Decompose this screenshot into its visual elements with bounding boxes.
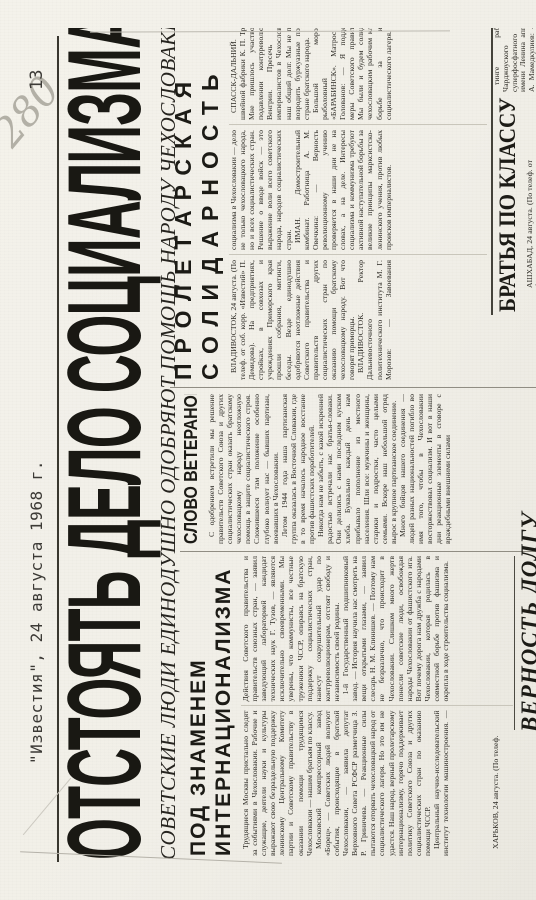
paragraph: Никогда нам не забыть, с какой искренней…: [316, 394, 398, 544]
paragraph: ИМАН. Домостроительный комбинат. Работни…: [293, 130, 393, 250]
article-ashkhabad-continuation: тинге работников Чарджоуского суперфосфа…: [493, 28, 536, 92]
section-solidarity: ПРОЛЕТАРСКАЯ СОЛИДАРНОСТЬ ВЛАДИВОСТОК, 2…: [170, 28, 487, 380]
article-kharkov-start: ХАРЬКОВ, 24 августа. (По телеф.: [491, 734, 500, 856]
section-rule: [514, 556, 515, 730]
paragraph: Трудящиеся Москвы пристально следят за с…: [241, 711, 314, 857]
section-title: ПРОЛЕТАРСКАЯ СОЛИДАРНОСТЬ: [170, 28, 224, 380]
paragraph: тинге работников Чарджоуского суперфосфа…: [493, 28, 536, 92]
paragraph: С одобрением встретили мы решение правит…: [207, 394, 280, 544]
paragraph: Много бойцов нашего соединения — людей р…: [398, 394, 453, 544]
section-title: ПОД ЗНАМЕНЕМ ИНТЕРНАЦИОНАЛИЗМА: [186, 556, 236, 856]
page-content: "Известия", 24 августа 1968 г. 13 ОТСТОЯ…: [14, 28, 536, 890]
newspaper-scan: 280 "Известия", 24 августа 1968 г. 13 ОТ…: [0, 0, 536, 900]
section-title-bratya-po-klassu: БРАТЬЯ ПО КЛАССУ: [495, 97, 521, 312]
section-title-vernost-dolgu: ВЕРНОСТЬ ДОЛГУ: [517, 556, 536, 732]
section-body: Трудящиеся Москвы пристально следят за с…: [241, 556, 513, 856]
paragraph: Летом 1944 года наша партизанская группа…: [280, 394, 316, 544]
paragraph: СПАССК-ДАЛЬНИЙ. Мастер швейной фабрики К…: [229, 28, 311, 120]
main-headline: ОТСТОЯТЬ ДЕЛО СОЦИАЛИЗМА!: [59, 30, 153, 860]
column-divider: [170, 387, 536, 388]
section-internationalism: ПОД ЗНАМЕНЕМ ИНТЕРНАЦИОНАЛИЗМА Трудящиес…: [186, 556, 513, 856]
section-body: С одобрением встретили мы решение правит…: [207, 394, 536, 544]
paragraph: ВЛАДИВОСТОК, 24 августа. (По телеф. от с…: [229, 260, 356, 380]
paragraph: ХАРЬКОВ, 24 августа. (По телеф.: [491, 734, 500, 856]
article-ashkhabad-dateline: АШХАБАД, 24 августа. (По телеф. от соб. …: [525, 160, 536, 295]
paragraph: АШХАБАД, 24 августа. (По телеф. от соб. …: [525, 160, 536, 295]
paragraph: Московский компрессорный завод «Борец». …: [314, 711, 432, 857]
paragraph: 1-й Государственный подшипниковый завод.…: [341, 556, 450, 702]
newspaper-page: 280 "Известия", 24 августа 1968 г. 13 ОТ…: [14, 28, 536, 890]
section-body: ВЛАДИВОСТОК, 24 августа. (По телеф. от с…: [229, 28, 487, 380]
paragraph: Большой морозильный рыболовный траулер «…: [311, 28, 393, 120]
typed-source-line: "Известия", 24 августа 1968 г.: [27, 460, 46, 764]
column-divider: [180, 551, 536, 552]
page-number: 13: [27, 70, 47, 90]
section-veterans: СЛОВО ВЕТЕРАНОВ С одобрением встретили м…: [180, 394, 536, 544]
section-title: СЛОВО ВЕТЕРАНОВ: [180, 412, 202, 544]
